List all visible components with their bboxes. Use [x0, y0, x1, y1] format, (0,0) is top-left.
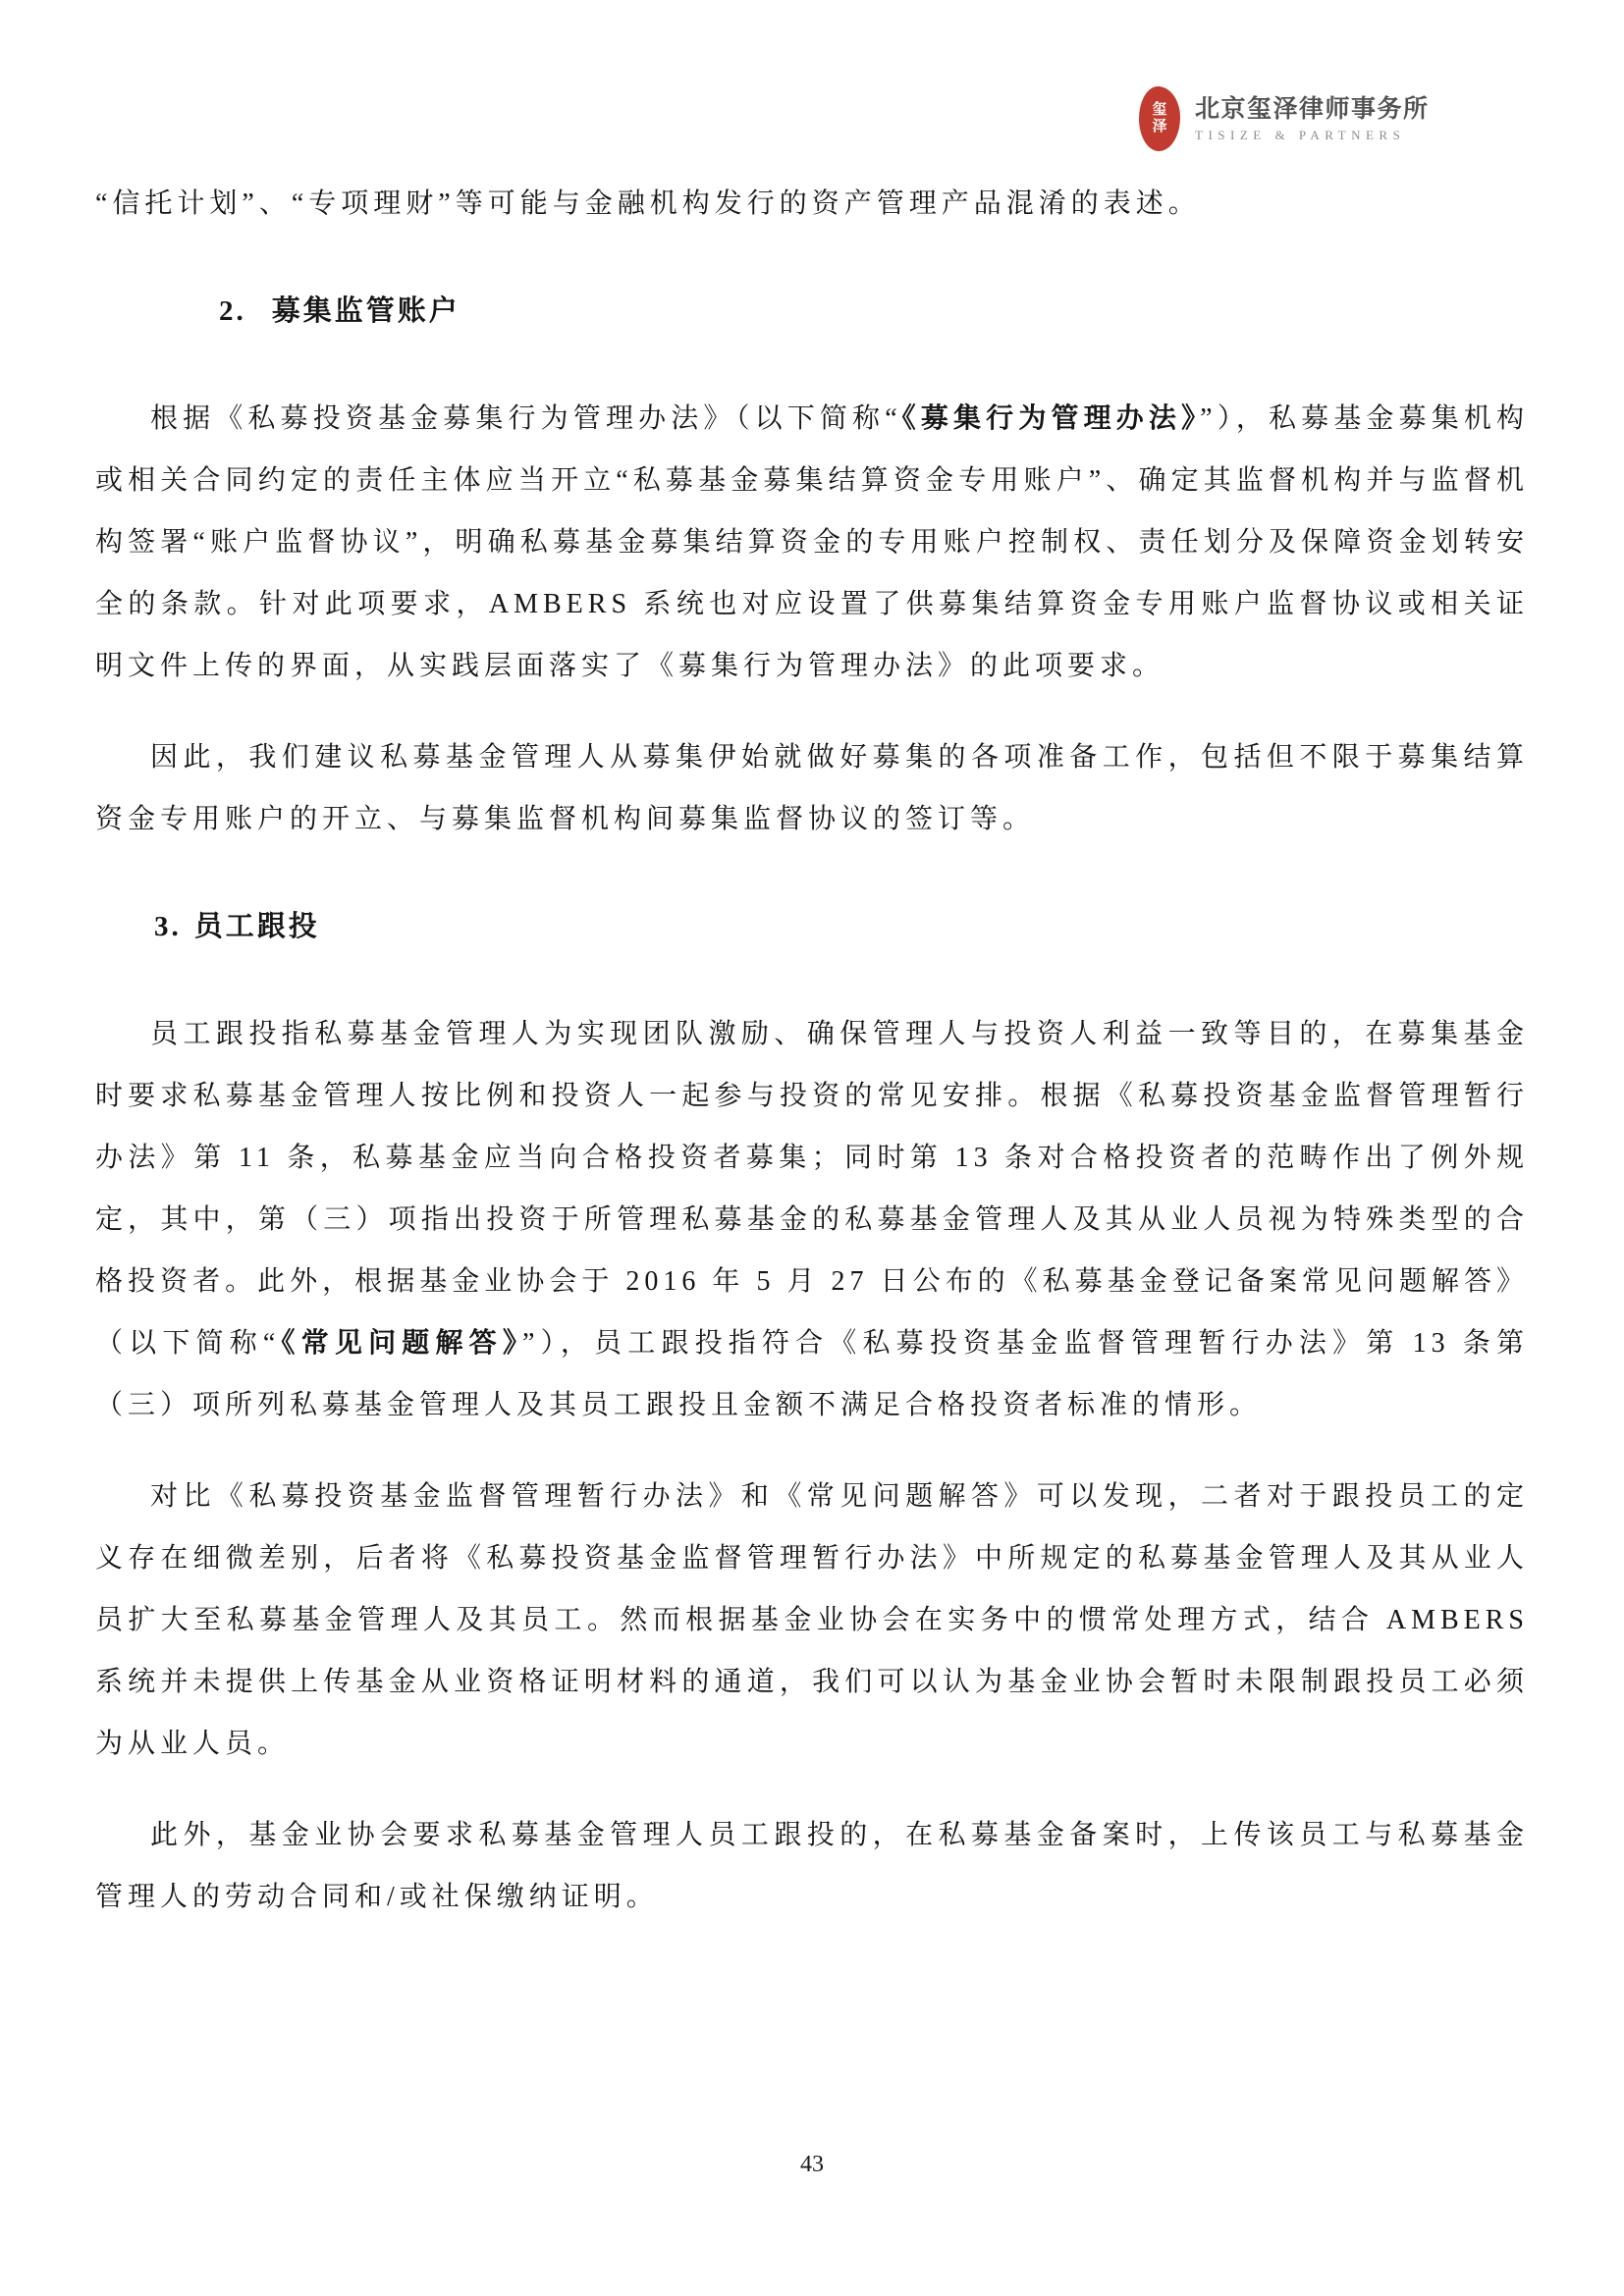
document-body: “信托计划”、“专项理财”等可能与金融机构发行的资产管理产品混淆的表述。2.募集…	[95, 0, 1529, 1957]
bold-text-run: 《募集行为管理办法》	[902, 403, 1201, 434]
paragraph: 员工跟投指私募基金管理人为实现团队激励、确保管理人与投资人利益一致等目的，在募集…	[95, 1003, 1529, 1436]
paragraph: 对比《私募投资基金监督管理暂行办法》和《常见问题解答》可以发现，二者对于跟投员工…	[95, 1466, 1529, 1775]
page-number: 43	[0, 2152, 1624, 2178]
paragraph: “信托计划”、“专项理财”等可能与金融机构发行的资产管理产品混淆的表述。	[95, 173, 1529, 235]
section-number: 2.	[219, 295, 246, 327]
section-title: 员工跟投	[194, 911, 320, 942]
text-run: ”），私募基金募集机构或相关合同约定的责任主体应当开立“私募基金募集结算资金专用…	[95, 403, 1529, 681]
paragraph: 根据《私募投资基金募集行为管理办法》（以下简称“《募集行为管理办法》”），私募基…	[95, 388, 1529, 697]
section-heading: 3.员工跟投	[154, 907, 1529, 946]
section-title: 募集监管账户	[272, 295, 460, 327]
text-run: 对比《私募投资基金监督管理暂行办法》和《常见问题解答》可以发现，二者对于跟投员工…	[95, 1481, 1529, 1759]
text-run: “信托计划”、“专项理财”等可能与金融机构发行的资产管理产品混淆的表述。	[95, 188, 1201, 219]
section-heading: 2.募集监管账户	[219, 292, 1529, 331]
section-number: 3.	[154, 911, 182, 942]
paragraph: 因此，我们建议私募基金管理人从募集伊始就做好募集的各项准备工作，包括但不限于募集…	[95, 726, 1529, 850]
page-footer: 43	[0, 2152, 1624, 2178]
text-run: 因此，我们建议私募基金管理人从募集伊始就做好募集的各项准备工作，包括但不限于募集…	[95, 742, 1529, 834]
bold-text-run: 《常见问题解答》	[280, 1328, 522, 1359]
text-run: 根据《私募投资基金募集行为管理办法》（以下简称“	[150, 403, 902, 434]
document-page: 玺 泽 北京玺泽律师事务所 TISIZE & PARTNERS “信托计划”、“…	[0, 0, 1624, 2296]
text-run: 员工跟投指私募基金管理人为实现团队激励、确保管理人与投资人利益一致等目的，在募集…	[95, 1019, 1529, 1359]
text-run: 此外，基金业协会要求私募基金管理人员工跟投的，在私募基金备案时，上传该员工与私募…	[95, 1820, 1529, 1912]
paragraph: 此外，基金业协会要求私募基金管理人员工跟投的，在私募基金备案时，上传该员工与私募…	[95, 1804, 1529, 1928]
